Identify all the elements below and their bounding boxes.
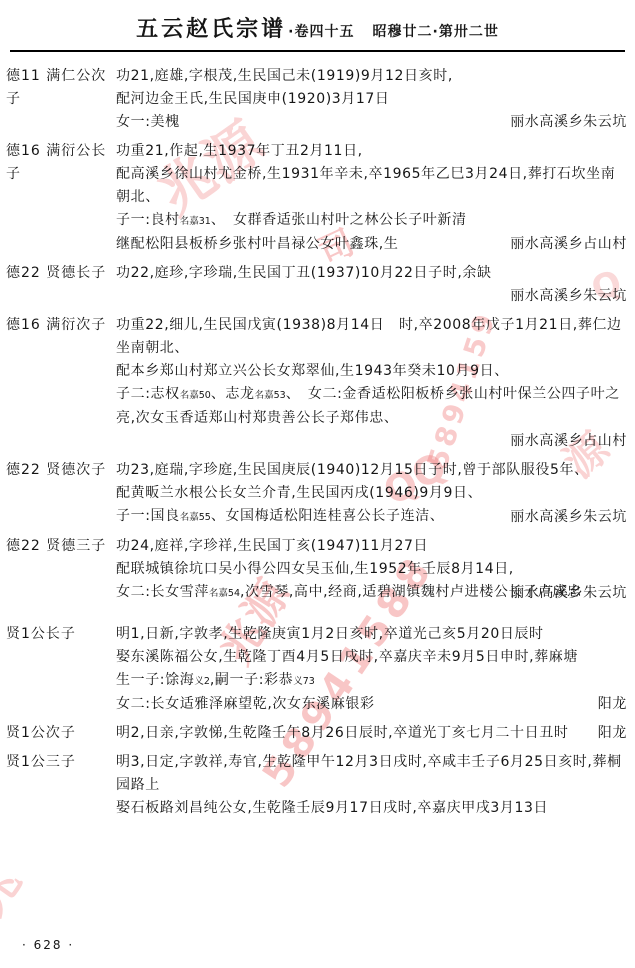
- entry-content: 功24,庭祥,字珍祥,生民国丁亥(1947)11月27日配联城镇徐坑口吴小得公四…: [116, 535, 627, 605]
- residence-label: 阳龙: [598, 722, 627, 745]
- entry-text: 子二:志权: [116, 386, 180, 402]
- entry-text: 功21,庭雄,字根茂,生民国己未(1919)9月12日亥时,: [116, 68, 453, 84]
- entry-text: 女一:美槐: [116, 114, 180, 130]
- entry-label: 贤1公三子: [6, 751, 116, 820]
- entry-line: 子二:志权名嘉50、志龙名嘉53、 女二:金香适松阳板桥乡张山村叶保兰公四子叶之…: [116, 383, 627, 430]
- name-order-note: 名嘉55: [180, 512, 211, 523]
- entry-line: 生一子:馀海义2,嗣一子:彩恭义73: [116, 669, 627, 693]
- residence-label: 丽水高溪乡朱云坑: [116, 285, 627, 308]
- entry-content: 功重22,细儿,生民国戊寅(1938)8月14日 时,卒2008年戊子1月21日…: [116, 314, 627, 453]
- entry-text: 配本乡郑山村郑立兴公长女郑翠仙,生1943年癸未10月9日、: [116, 363, 509, 379]
- entry-line: 功重21,作起,生1937年丁丑2月11日,: [116, 140, 627, 163]
- generation-label: 昭穆廿二·第卅二世: [373, 24, 499, 40]
- genealogy-page: 兆源司5894159QQ兆源58941588源兆Q 五云赵氏宗谱·卷四十五昭穆廿…: [0, 0, 635, 968]
- entry-line: 明1,日新,字敦孝,生乾隆庚寅1月2日亥时,卒道光己亥5月20日辰时: [116, 623, 627, 646]
- entry-line: 女一:美槐丽水高溪乡朱云坑: [116, 111, 627, 134]
- entry-row: 德22 贤德长子功22,庭珍,字珍瑞,生民国丁丑(1937)10月22日子时,余…: [6, 262, 627, 308]
- section: 德11 满仁公次子功21,庭雄,字根茂,生民国己未(1919)9月12日亥时,配…: [6, 65, 627, 605]
- residence-label: 丽水高溪乡朱云坑: [510, 506, 627, 529]
- name-order-note: 名嘉54: [209, 588, 240, 599]
- entry-text: 继配松阳县板桥乡张村叶昌禄公女叶鑫珠,生: [116, 236, 398, 252]
- genealogy-body: 德11 满仁公次子功21,庭雄,字根茂,生民国己未(1919)9月12日亥时,配…: [0, 52, 635, 820]
- entry-text: 功24,庭祥,字珍祥,生民国丁亥(1947)11月27日: [116, 538, 428, 554]
- entry-text: 娶石板路刘昌纯公女,生乾隆壬辰9月17日戌时,卒嘉庆甲戌3月13日: [116, 800, 548, 816]
- entry-content: 功21,庭雄,字根茂,生民国己未(1919)9月12日亥时,配河边金王氏,生民国…: [116, 65, 627, 134]
- entry-line: 明3,日定,字敦祥,寿官,生乾隆甲午12月3日戌时,卒咸丰壬子6月25日亥时,葬…: [116, 751, 627, 797]
- entry-content: 明1,日新,字敦孝,生乾隆庚寅1月2日亥时,卒道光己亥5月20日辰时娶东溪陈福公…: [116, 623, 627, 716]
- entry-text: 、女国梅适松阳连桂喜公长子连洁、: [211, 508, 445, 524]
- entry-text: 娶东溪陈福公女,生乾隆丁酉4月5日戌时,卒嘉庆辛未9月5日申时,葬麻塘: [116, 649, 578, 665]
- name-order-note: 名嘉53: [255, 390, 286, 401]
- entry-line: 娶石板路刘昌纯公女,生乾隆壬辰9月17日戌时,卒嘉庆甲戌3月13日: [116, 797, 627, 820]
- entry-label: 德16 满衍公长子: [6, 140, 116, 256]
- entry-label: 贤1公长子: [6, 623, 116, 716]
- entry-row: 德11 满仁公次子功21,庭雄,字根茂,生民国己未(1919)9月12日亥时,配…: [6, 65, 627, 134]
- name-order-note: 义2: [194, 676, 210, 687]
- watermark-text: 兆: [0, 850, 34, 926]
- entry-text: 功重21,作起,生1937年丁丑2月11日,: [116, 143, 363, 159]
- entry-line: 配黄畈兰水根公长女兰介青,生民国丙戌(1946)9月9日、: [116, 482, 627, 505]
- name-order-note: 名嘉31: [180, 216, 211, 227]
- entry-label: 德22 贤德三子: [6, 535, 116, 605]
- entry-line: 女二:长女适雅泽麻望乾,次女东溪麻银彩阳龙: [116, 693, 627, 716]
- entry-text: 明3,日定,字敦祥,寿官,生乾隆甲午12月3日戌时,卒咸丰壬子6月25日亥时,葬…: [116, 754, 622, 793]
- entry-text: 生一子:馀海: [116, 672, 194, 688]
- entry-line: 娶东溪陈福公女,生乾隆丁酉4月5日戌时,卒嘉庆辛未9月5日申时,葬麻塘: [116, 646, 627, 669]
- entry-line: 配高溪乡徐山村尤金桥,生1931年辛未,卒1965年乙巳3月24日,葬打石坎坐南…: [116, 163, 627, 209]
- residence-label: 丽水高溪乡朱云坑: [510, 111, 627, 134]
- entry-label: 德16 满衍次子: [6, 314, 116, 453]
- entry-label: 德22 贤德长子: [6, 262, 116, 308]
- entry-line: 子一:良村名嘉31、 女群香适张山村叶之林公长子叶新清: [116, 209, 627, 233]
- entry-line: 配河边金王氏,生民国庚申(1920)3月17日: [116, 88, 627, 111]
- name-order-note: 名嘉50: [180, 390, 211, 401]
- entry-row: 德16 满衍次子功重22,细儿,生民国戊寅(1938)8月14日 时,卒2008…: [6, 314, 627, 453]
- entry-line: 功重22,细儿,生民国戊寅(1938)8月14日 时,卒2008年戊子1月21日…: [116, 314, 627, 360]
- entry-text: 功重22,细儿,生民国戊寅(1938)8月14日 时,卒2008年戊子1月21日…: [116, 317, 622, 356]
- entry-line: 继配松阳县板桥乡张村叶昌禄公女叶鑫珠,生丽水高溪乡占山村: [116, 233, 627, 256]
- entry-text: 配高溪乡徐山村尤金桥,生1931年辛未,卒1965年乙巳3月24日,葬打石坎坐南…: [116, 166, 615, 205]
- entry-text: 女二:长女雪萍: [116, 584, 209, 600]
- volume-label: ·卷四十五: [288, 24, 354, 40]
- entry-line: 子一:国良名嘉55、女国梅适松阳连桂喜公长子连洁、丽水高溪乡朱云坑: [116, 505, 627, 529]
- entry-row: 贤1公长子明1,日新,字敦孝,生乾隆庚寅1月2日亥时,卒道光己亥5月20日辰时娶…: [6, 623, 627, 716]
- entry-label: 贤1公次子: [6, 722, 116, 745]
- entry-text: 功23,庭瑞,字珍庭,生民国庚辰(1940)12月15日子时,曾于部队服役5年、: [116, 462, 589, 478]
- entry-content: 功22,庭珍,字珍瑞,生民国丁丑(1937)10月22日子时,余缺丽水高溪乡朱云…: [116, 262, 627, 308]
- entry-row: 德16 满衍公长子功重21,作起,生1937年丁丑2月11日,配高溪乡徐山村尤金…: [6, 140, 627, 256]
- entry-row: 德22 贤德次子功23,庭瑞,字珍庭,生民国庚辰(1940)12月15日子时,曾…: [6, 459, 627, 529]
- entry-text: 配河边金王氏,生民国庚申(1920)3月17日: [116, 91, 390, 107]
- entry-row: 德22 贤德三子功24,庭祥,字珍祥,生民国丁亥(1947)11月27日配联城镇…: [6, 535, 627, 605]
- entry-text: 、 女群香适张山村叶之林公长子叶新清: [211, 212, 467, 228]
- residence-label: 阳龙: [598, 693, 627, 716]
- entry-row: 贤1公次子明2,日亲,字敦悌,生乾隆壬午8月26日辰时,卒道光丁亥七月二十日丑时…: [6, 722, 627, 745]
- page-title: 五云赵氏宗谱: [136, 17, 286, 42]
- entry-text: 子一:良村: [116, 212, 180, 228]
- section: 贤1公长子明1,日新,字敦孝,生乾隆庚寅1月2日亥时,卒道光己亥5月20日辰时娶…: [6, 623, 627, 820]
- residence-label: 丽水高溪乡占山村: [116, 430, 627, 453]
- name-order-note: 义73: [293, 676, 315, 687]
- entry-text: 配黄畈兰水根公长女兰介青,生民国丙戌(1946)9月9日、: [116, 485, 482, 501]
- entry-label: 德22 贤德次子: [6, 459, 116, 529]
- entry-content: 明3,日定,字敦祥,寿官,生乾隆甲午12月3日戌时,卒咸丰壬子6月25日亥时,葬…: [116, 751, 627, 820]
- entry-text: 明1,日新,字敦孝,生乾隆庚寅1月2日亥时,卒道光己亥5月20日辰时: [116, 626, 544, 642]
- entry-line: 功21,庭雄,字根茂,生民国己未(1919)9月12日亥时,: [116, 65, 627, 88]
- entry-line: 女二:长女雪萍名嘉54,次雪琴,高中,经商,适碧湖镇魏村卢进楼公长子卢成忠丽水高…: [116, 581, 627, 605]
- entry-text: 子一:国良: [116, 508, 180, 524]
- entry-line: 明2,日亲,字敦悌,生乾隆壬午8月26日辰时,卒道光丁亥七月二十日丑时阳龙: [116, 722, 627, 745]
- entry-content: 功重21,作起,生1937年丁丑2月11日,配高溪乡徐山村尤金桥,生1931年辛…: [116, 140, 627, 256]
- entry-line: 配联城镇徐坑口吴小得公四女吴玉仙,生1952年壬辰8月14日,: [116, 558, 627, 581]
- entry-line: 功24,庭祥,字珍祥,生民国丁亥(1947)11月27日: [116, 535, 627, 558]
- entry-text: ,嗣一子:彩恭: [210, 672, 293, 688]
- entry-text: 、志龙: [211, 386, 255, 402]
- entry-content: 明2,日亲,字敦悌,生乾隆壬午8月26日辰时,卒道光丁亥七月二十日丑时阳龙: [116, 722, 627, 745]
- entry-text: 配联城镇徐坑口吴小得公四女吴玉仙,生1952年壬辰8月14日,: [116, 561, 514, 577]
- entry-line: 配本乡郑山村郑立兴公长女郑翠仙,生1943年癸未10月9日、: [116, 360, 627, 383]
- page-header: 五云赵氏宗谱·卷四十五昭穆廿二·第卅二世: [0, 0, 635, 43]
- page-number: · 628 ·: [22, 938, 74, 952]
- entry-label: 德11 满仁公次子: [6, 65, 116, 134]
- entry-text: 功22,庭珍,字珍瑞,生民国丁丑(1937)10月22日子时,余缺: [116, 265, 492, 281]
- entry-content: 功23,庭瑞,字珍庭,生民国庚辰(1940)12月15日子时,曾于部队服役5年、…: [116, 459, 627, 529]
- entry-text: 女二:长女适雅泽麻望乾,次女东溪麻银彩: [116, 696, 375, 712]
- residence-label: 丽水高溪乡朱云坑: [510, 582, 627, 605]
- entry-line: 功22,庭珍,字珍瑞,生民国丁丑(1937)10月22日子时,余缺: [116, 262, 627, 285]
- entry-row: 贤1公三子明3,日定,字敦祥,寿官,生乾隆甲午12月3日戌时,卒咸丰壬子6月25…: [6, 751, 627, 820]
- entry-line: 功23,庭瑞,字珍庭,生民国庚辰(1940)12月15日子时,曾于部队服役5年、: [116, 459, 627, 482]
- residence-label: 丽水高溪乡占山村: [510, 233, 627, 256]
- entry-text: 明2,日亲,字敦悌,生乾隆壬午8月26日辰时,卒道光丁亥七月二十日丑时: [116, 725, 568, 741]
